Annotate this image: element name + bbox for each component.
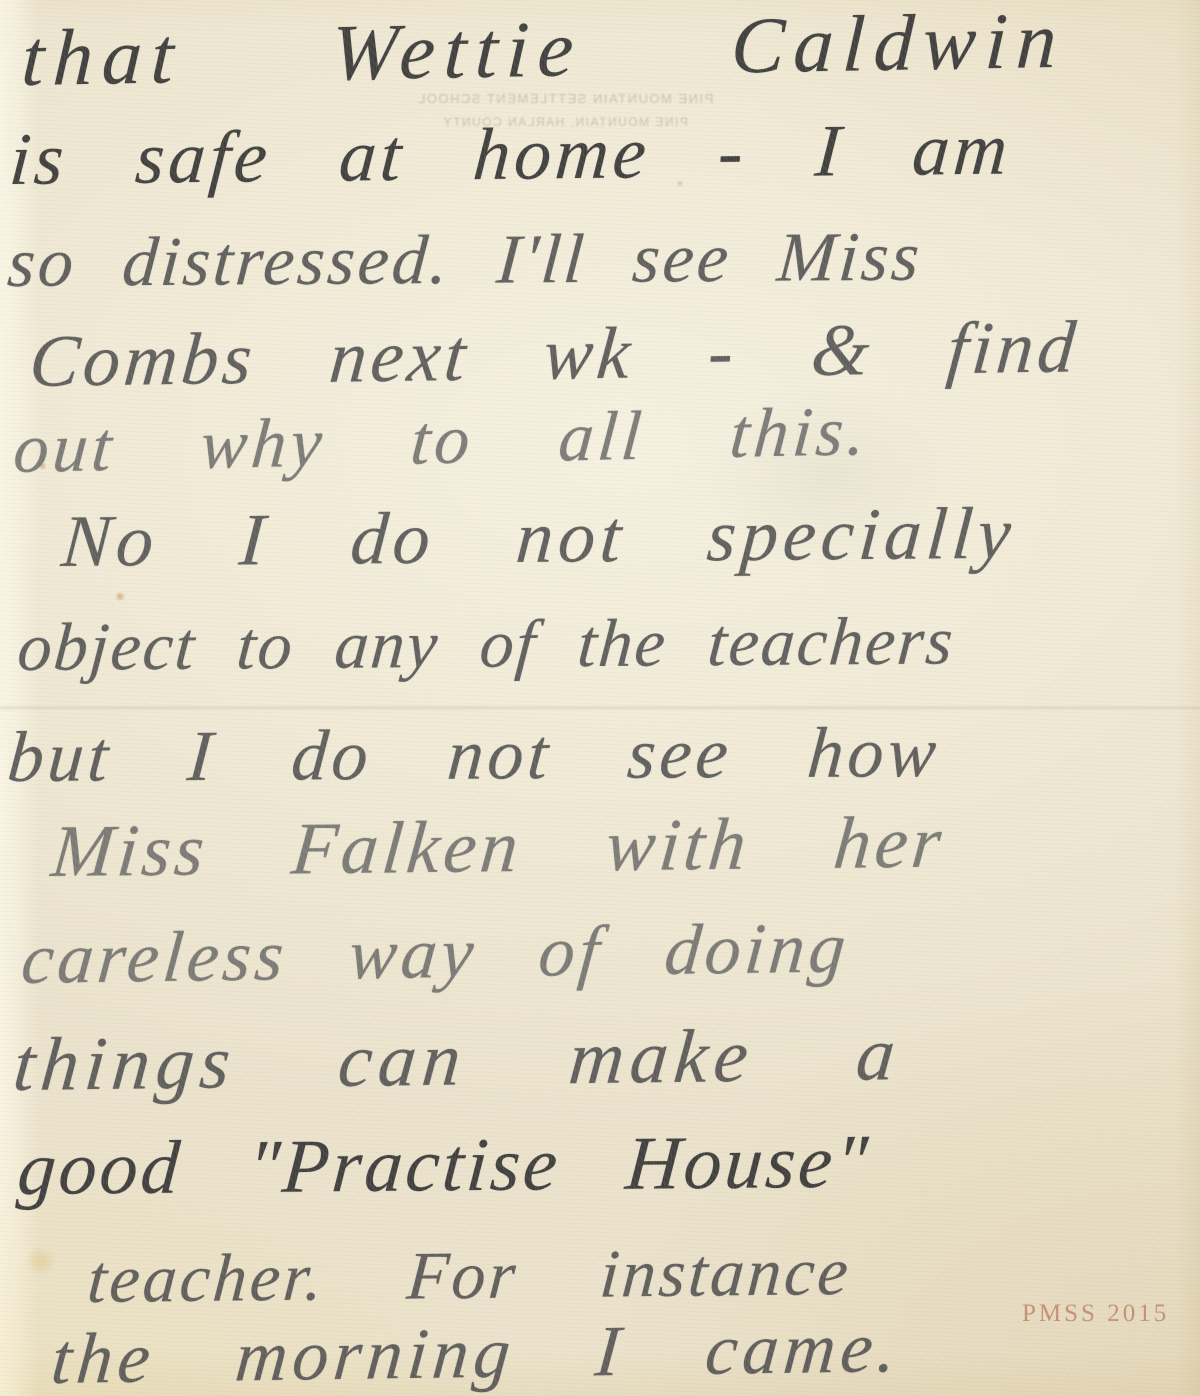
fold-crease: [0, 704, 1200, 711]
handwritten-line-2: is safe at home - I am: [7, 107, 1015, 203]
handwritten-line-13: teacher. For instance: [85, 1232, 854, 1319]
handwritten-line-8: but I do not see how: [5, 711, 944, 799]
handwritten-line-7: object to any of the teachers: [15, 601, 958, 687]
handwritten-line-5: out why to all this.: [11, 392, 873, 490]
handwritten-line-9: Miss Falken with her: [48, 801, 949, 895]
letter-page: PINE MOUNTAIN SETTLEMENT SCHOOL PINE MOU…: [0, 0, 1200, 1396]
handwritten-line-11: things can make a: [10, 1011, 905, 1109]
paper-stain: [114, 592, 126, 601]
handwritten-line-14: the morning I came.: [48, 1306, 904, 1396]
handwritten-line-12: good "Practise House": [15, 1119, 874, 1214]
handwritten-line-4: Combs next wk - & find: [26, 305, 1083, 405]
handwritten-line-3: so distressed. I'll see Miss: [5, 218, 925, 304]
handwritten-line-6: No I do not specially: [59, 492, 1019, 585]
paper-stain: [24, 1248, 58, 1274]
handwritten-line-10: careless way of doing: [18, 906, 853, 1001]
pmss-watermark: PMSS 2015: [1022, 1300, 1169, 1328]
handwritten-line-1: that Wettie Caldwin: [20, 0, 1068, 105]
